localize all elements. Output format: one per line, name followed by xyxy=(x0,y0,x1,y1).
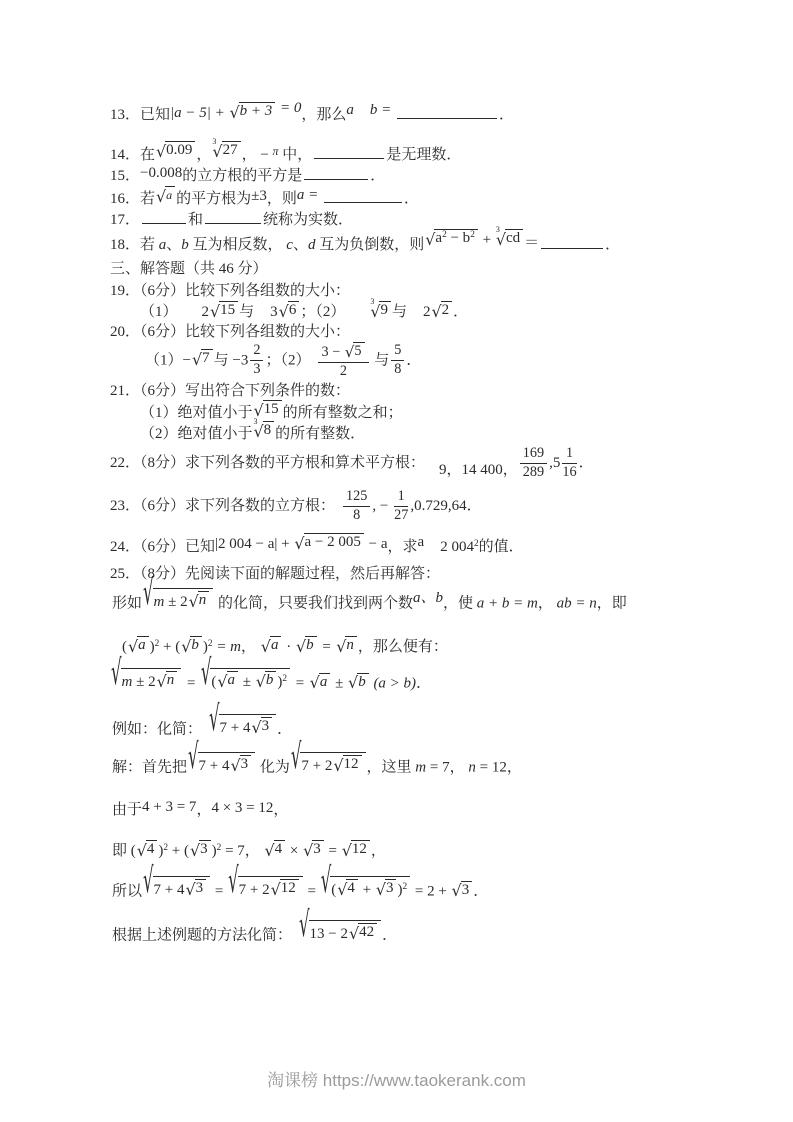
radical-sign-icon: √ xyxy=(137,843,147,859)
radicand: 8 xyxy=(263,421,275,439)
radicand: 7 + 2√12 xyxy=(238,876,303,899)
radicand: 2 xyxy=(441,301,453,319)
radicand: 12 xyxy=(280,879,299,897)
numerator: 3 − √5 xyxy=(318,342,368,363)
root-index: 3 xyxy=(212,138,216,146)
radical: √6 xyxy=(279,301,300,319)
radicand: m ± 2√n xyxy=(153,588,214,611)
radical: √3 xyxy=(186,879,207,897)
numerator: 1 xyxy=(394,489,408,507)
radical: √a xyxy=(261,636,282,654)
question-23: 23．（6分）求下列各数的立方根：1258, − 127,0.729,64． xyxy=(110,489,482,524)
root-index: 3 xyxy=(496,226,500,234)
radical-sign-icon: √ xyxy=(157,674,167,690)
question-14: 14．在√0.09，√273， − π 中，是无理数． xyxy=(110,144,461,167)
radical-sign-icon: √ xyxy=(254,424,264,440)
text: a xyxy=(418,534,425,550)
question-18: 18．若 a、b 互为相反数， c、d 互为负倒数，则√a2 − b2 + √c… xyxy=(110,234,620,257)
radical-sign-icon: √ xyxy=(310,675,320,691)
denominator: 2 xyxy=(318,363,368,380)
math-var: = xyxy=(291,675,309,691)
radicand: a xyxy=(270,636,282,654)
radical: √a xyxy=(156,186,175,204)
text: ＝ xyxy=(524,235,539,251)
answer-blank xyxy=(397,115,497,119)
question-19-items: （1）2√15与3√6；（2）√93与2√2． xyxy=(140,301,468,324)
radical: √7 xyxy=(192,349,213,367)
radical-sign-icon: √ xyxy=(228,865,239,900)
radical: √93 xyxy=(370,301,391,319)
math-var: = 0 xyxy=(276,100,301,116)
math-var: (a > b) xyxy=(370,675,416,691)
radicand: b xyxy=(265,671,277,689)
radicand: 7 + 2√12 xyxy=(300,752,365,775)
radicand: (√4 + √3)2 xyxy=(330,876,410,899)
math-var: m xyxy=(154,594,165,610)
denominator: 16 xyxy=(562,464,576,481)
denominator: 289 xyxy=(520,464,547,481)
radical: √7 + 4√3 xyxy=(209,714,276,737)
radical-sign-icon: √ xyxy=(143,577,154,612)
solution-line-1: 解：首先把√7 + 4√3 化为√7 + 2√12，这里 m = 7， n = … xyxy=(112,752,522,779)
radical-sign-icon: √ xyxy=(279,304,289,320)
radical-sign-icon: √ xyxy=(345,345,355,360)
radicand: 15 xyxy=(219,301,238,319)
radical: √m ± 2√n xyxy=(111,668,181,691)
worksheet-page: 13．已知|a − 5| + √b + 3 = 0，那么ab = ．14．在√0… xyxy=(0,0,793,1122)
math-var: a xyxy=(346,102,354,118)
answer-blank xyxy=(205,220,261,224)
radical: √7 + 2√12 xyxy=(291,752,366,775)
answer-blank xyxy=(324,199,402,203)
superscript: 2 xyxy=(163,843,168,853)
radical-sign-icon: √ xyxy=(212,144,222,160)
radical: √n xyxy=(157,671,178,689)
radical-sign-icon: √ xyxy=(256,674,266,690)
numerator: 2 xyxy=(250,343,263,361)
math-var: a、b xyxy=(413,590,443,606)
solution-line-3: 即 (√4)2 + (√3)2 = 7， √4 × √3 = √12， xyxy=(112,840,386,863)
radical: √b xyxy=(296,636,317,654)
radical: √a2 − b2 xyxy=(425,229,478,247)
fraction: 3 − √52 xyxy=(318,342,368,380)
radical: √273 xyxy=(212,141,240,159)
solution-line-4: 所以√7 + 4√3 = √7 + 2√12 = √(√4 + √3)2 = 2… xyxy=(112,876,488,903)
superscript: 2 xyxy=(442,230,447,240)
radicand: a xyxy=(319,673,331,691)
radicand: 3 xyxy=(261,717,273,735)
superscript: 2 xyxy=(402,882,407,892)
radical-sign-icon: √ xyxy=(337,882,347,898)
radicand: 3 xyxy=(240,755,252,773)
radical: √5 xyxy=(345,342,365,359)
radicand: 4 xyxy=(346,879,358,897)
radicand: 7 + 4√3 xyxy=(219,714,277,737)
radical-sign-icon: √ xyxy=(271,882,281,898)
radicand: 12 xyxy=(351,840,370,858)
radical: √13 − 2√42 xyxy=(299,920,381,943)
radicand: cd xyxy=(505,229,523,247)
final-task-line: 根据上述例题的方法化简：√13 − 2√42． xyxy=(112,920,397,947)
math-var: b + 3 xyxy=(240,103,273,119)
radicand: m ± 2√n xyxy=(121,668,182,691)
radicand: 42 xyxy=(358,923,377,941)
radical: √(√a ± √b)2 xyxy=(201,668,290,691)
radicand: 15 xyxy=(263,400,282,418)
text: 4 × 3 = 12 xyxy=(211,800,273,816)
radicand: 0.09 xyxy=(165,141,195,159)
radicand: a xyxy=(137,636,149,654)
radical-sign-icon: √ xyxy=(303,843,313,859)
fraction: 23 xyxy=(250,343,263,378)
radical: √12 xyxy=(342,840,370,858)
radicand: a2 − b2 xyxy=(434,229,477,247)
radicand: a xyxy=(165,186,175,204)
question-21-item-2: （2）绝对值小于√83的所有整数． xyxy=(140,423,365,446)
footer-site-url: 淘课榜 https://www.taokerank.com xyxy=(267,1071,526,1090)
radicand: 3 xyxy=(385,879,397,897)
radical: √3 xyxy=(303,840,324,858)
radical-sign-icon: √ xyxy=(190,843,200,859)
radicand: n xyxy=(345,636,357,654)
radical-sign-icon: √ xyxy=(370,304,380,320)
text: |2 004 − a| + xyxy=(215,536,293,552)
radical-sign-icon: √ xyxy=(231,758,241,774)
radical-sign-icon: √ xyxy=(261,639,271,655)
radical: √2 xyxy=(431,301,452,319)
radical: √3 xyxy=(452,881,473,899)
text: + xyxy=(479,232,495,248)
radical-sign-icon: √ xyxy=(209,703,220,738)
radicand: 7 xyxy=(201,349,213,367)
solution-line-2: 由于4 + 3 = 7，4 × 3 = 12， xyxy=(112,800,288,822)
radical-sign-icon: √ xyxy=(349,926,359,942)
answer-blank xyxy=(142,220,186,224)
radical-sign-icon: √ xyxy=(431,304,441,320)
math-var: a xyxy=(166,188,172,202)
radicand: 27 xyxy=(222,141,241,159)
radical-sign-icon: √ xyxy=(348,675,358,691)
radical: √(√4 + √3)2 xyxy=(321,876,410,899)
reading-formula-2: √m ± 2√n = √(√a ± √b)2 = √a ± √b (a > b)… xyxy=(110,668,431,695)
radical-sign-icon: √ xyxy=(156,144,166,160)
math-var: = xyxy=(182,675,200,691)
radical-sign-icon: √ xyxy=(333,758,343,774)
radicand: n xyxy=(166,671,178,689)
text: −0.008 xyxy=(140,165,182,181)
radical-sign-icon: √ xyxy=(189,594,199,610)
radical-sign-icon: √ xyxy=(188,741,199,776)
radical-sign-icon: √ xyxy=(342,843,352,859)
radical: √7 + 2√12 xyxy=(228,876,303,899)
question-24: 24．（6分）已知|2 004 − a| + √a − 2 005 − a，求a… xyxy=(110,536,524,559)
math-var: ab = n xyxy=(557,595,597,611)
radicand: n xyxy=(198,591,210,609)
question-20-items: （1）−√7与 −323；（2）3 − √52 与58． xyxy=(145,342,421,380)
math-var: b = xyxy=(370,102,395,118)
math-var: a xyxy=(159,237,167,253)
math-var: b xyxy=(358,674,366,690)
superscript: 2 xyxy=(474,539,479,549)
radical: √3 xyxy=(190,840,211,858)
math-var: a xyxy=(228,672,236,688)
radical: √a xyxy=(217,671,238,689)
radicand: 3 xyxy=(199,840,211,858)
root-index: 3 xyxy=(370,298,374,306)
question-20: 20．（6分）比较下列各组数的大小： xyxy=(110,322,350,344)
numerator: 1 xyxy=(562,446,576,464)
fraction: 169289 xyxy=(520,446,547,481)
text: 4 + 3 = 7 xyxy=(142,799,196,815)
fraction: 116 xyxy=(562,446,576,481)
radical-sign-icon: √ xyxy=(296,639,306,655)
radicand: 3 xyxy=(195,879,207,897)
math-var: a xyxy=(320,674,328,690)
radicand: 5 xyxy=(353,342,364,359)
footer-watermark: 淘课榜 https://www.taokerank.com xyxy=(0,1066,793,1091)
radical-sign-icon: √ xyxy=(192,352,202,368)
fraction: 58 xyxy=(391,343,404,378)
radical: √0.09 xyxy=(156,141,195,159)
radical: √3 xyxy=(231,755,252,773)
radicand: b xyxy=(357,673,369,691)
radical: √42 xyxy=(349,923,377,941)
radical: √4 xyxy=(137,840,158,858)
fraction: 1258 xyxy=(343,489,370,524)
radical: √b xyxy=(181,636,202,654)
radicand: a xyxy=(227,671,239,689)
radicand: a − 2 005 xyxy=(304,533,364,551)
denominator: 3 xyxy=(250,361,263,378)
radicand: (√a ± √b)2 xyxy=(210,668,290,691)
math-var: m xyxy=(415,759,426,775)
radical-sign-icon: √ xyxy=(294,536,304,552)
section-heading: 三、解答题（共 46 分） xyxy=(110,259,268,281)
radical: √15 xyxy=(210,301,238,319)
radical: √4 xyxy=(265,840,286,858)
radical: √12 xyxy=(271,879,299,897)
numerator: 5 xyxy=(391,343,404,361)
math-var: |a − 5| + xyxy=(170,105,229,121)
radical: √a − 2 005 xyxy=(294,533,364,551)
radicand: 3 xyxy=(312,840,324,858)
math-var: n xyxy=(346,637,354,653)
math-var: b xyxy=(181,237,189,253)
radicand: 12 xyxy=(343,755,362,773)
superscript: 2 xyxy=(282,674,287,684)
radicand: 4 xyxy=(274,840,286,858)
math-var: b xyxy=(306,637,314,653)
math-var: b xyxy=(191,637,199,653)
radical: √n xyxy=(336,636,357,654)
text: ±3 xyxy=(251,188,267,204)
radical-sign-icon: √ xyxy=(321,865,332,900)
denominator: 8 xyxy=(391,361,404,378)
radicand: 7 + 4√3 xyxy=(153,876,211,899)
math-var: a xyxy=(138,637,146,653)
radical: √m ± 2√n xyxy=(143,588,213,611)
radical-sign-icon: √ xyxy=(265,843,275,859)
radicand: 9 xyxy=(379,301,391,319)
math-var: c xyxy=(286,237,293,253)
radical: √15 xyxy=(254,400,282,418)
answer-blank xyxy=(304,176,368,180)
radical-sign-icon: √ xyxy=(336,639,346,655)
radical: √b xyxy=(348,673,369,691)
question-21: 21．（6分）写出符合下列条件的数： xyxy=(110,381,350,403)
math-var: n xyxy=(199,592,207,608)
radical-sign-icon: √ xyxy=(217,674,227,690)
math-var: m xyxy=(122,674,133,690)
radical: √a xyxy=(310,673,331,691)
radical: √b + 3 xyxy=(230,102,276,120)
text: , − xyxy=(372,498,392,514)
radical-sign-icon: √ xyxy=(201,657,212,692)
math-var: a xyxy=(271,637,279,653)
radicand: 6 xyxy=(288,301,300,319)
question-19: 19．（6分）比较下列各组数的大小： xyxy=(110,281,350,303)
radical-sign-icon: √ xyxy=(143,865,154,900)
question-22: 22．（8分）求下列各数的平方根和算术平方根：9，14 400，169289,5… xyxy=(110,446,594,481)
numerator: 125 xyxy=(343,489,370,507)
radical: √7 + 4√3 xyxy=(188,752,255,775)
denominator: 27 xyxy=(394,507,408,524)
question-17: 17．和统称为实数． xyxy=(110,210,353,232)
answer-blank xyxy=(314,155,384,159)
fraction: 127 xyxy=(394,489,408,524)
radicand: 7 + 4√3 xyxy=(198,752,256,775)
math-var: b xyxy=(266,672,274,688)
radical: √7 + 4√3 xyxy=(143,876,210,899)
radical: √83 xyxy=(254,421,275,439)
radical-sign-icon: √ xyxy=(186,882,196,898)
radical: √a xyxy=(128,636,149,654)
radical-sign-icon: √ xyxy=(496,232,506,248)
math-var: = xyxy=(318,639,336,655)
radicand: b xyxy=(305,636,317,654)
question-16: 16．若√a的平方根为±3，则a = ． xyxy=(110,188,419,211)
math-var: n xyxy=(468,759,476,775)
math-var: n xyxy=(167,672,175,688)
math-var: = m xyxy=(213,639,241,655)
math-var: a + b = m xyxy=(477,595,538,611)
example-line: 例如：化简：√7 + 4√3． xyxy=(112,714,292,741)
math-var: d xyxy=(308,237,316,253)
question-15: 15．−0.008的立方根的平方是． xyxy=(110,166,385,188)
superscript: 2 xyxy=(217,843,222,853)
radical-sign-icon: √ xyxy=(181,639,191,655)
radical: √cd3 xyxy=(496,229,523,247)
radical-sign-icon: √ xyxy=(210,304,220,320)
text: − a xyxy=(365,536,388,552)
radical: √3 xyxy=(252,717,273,735)
radical: √4 xyxy=(337,879,358,897)
radicand: b + 3 xyxy=(239,102,276,120)
denominator: 8 xyxy=(343,507,370,524)
reading-intro: 形如√m ± 2√n 的化简，只要我们找到两个数a、b，使 a + b = m，… xyxy=(112,588,627,615)
radical-sign-icon: √ xyxy=(376,882,386,898)
radical-sign-icon: √ xyxy=(156,189,166,205)
radical-sign-icon: √ xyxy=(111,657,122,692)
radical-sign-icon: √ xyxy=(128,639,138,655)
numerator: 169 xyxy=(520,446,547,464)
root-index: 3 xyxy=(254,418,258,426)
text: ,0.729,64． xyxy=(410,498,481,514)
radical: √12 xyxy=(333,755,361,773)
radicand: 13 − 2√42 xyxy=(309,920,382,943)
superscript: 2 xyxy=(470,230,475,240)
radicand: b xyxy=(190,636,202,654)
radical-sign-icon: √ xyxy=(299,909,310,944)
reading-formula-1: (√a)2 + (√b)2 = m， √a · √b = √n，那么便有： xyxy=(122,636,448,659)
answer-blank xyxy=(541,245,603,249)
text: 9，14 400， xyxy=(439,462,518,478)
radical-sign-icon: √ xyxy=(452,883,462,899)
radical: √n xyxy=(189,591,210,609)
radicand: 3 xyxy=(461,881,473,899)
math-var: π xyxy=(273,144,279,158)
radical: √b xyxy=(256,671,277,689)
superscript: 2 xyxy=(208,639,213,649)
radicand: 4 xyxy=(146,840,158,858)
superscript: 2 xyxy=(155,639,160,649)
radical-sign-icon: √ xyxy=(425,232,435,248)
question-13: 13．已知|a − 5| + √b + 3 = 0，那么ab = ． xyxy=(110,104,514,127)
radical-sign-icon: √ xyxy=(252,720,262,736)
text: − b xyxy=(447,230,470,246)
math-var: a = xyxy=(297,187,322,203)
radical-sign-icon: √ xyxy=(291,741,302,776)
radical-sign-icon: √ xyxy=(230,105,240,121)
radical: √3 xyxy=(376,879,397,897)
question-25: 25．（8分）先阅读下面的解题过程，然后再解答： xyxy=(110,564,440,586)
